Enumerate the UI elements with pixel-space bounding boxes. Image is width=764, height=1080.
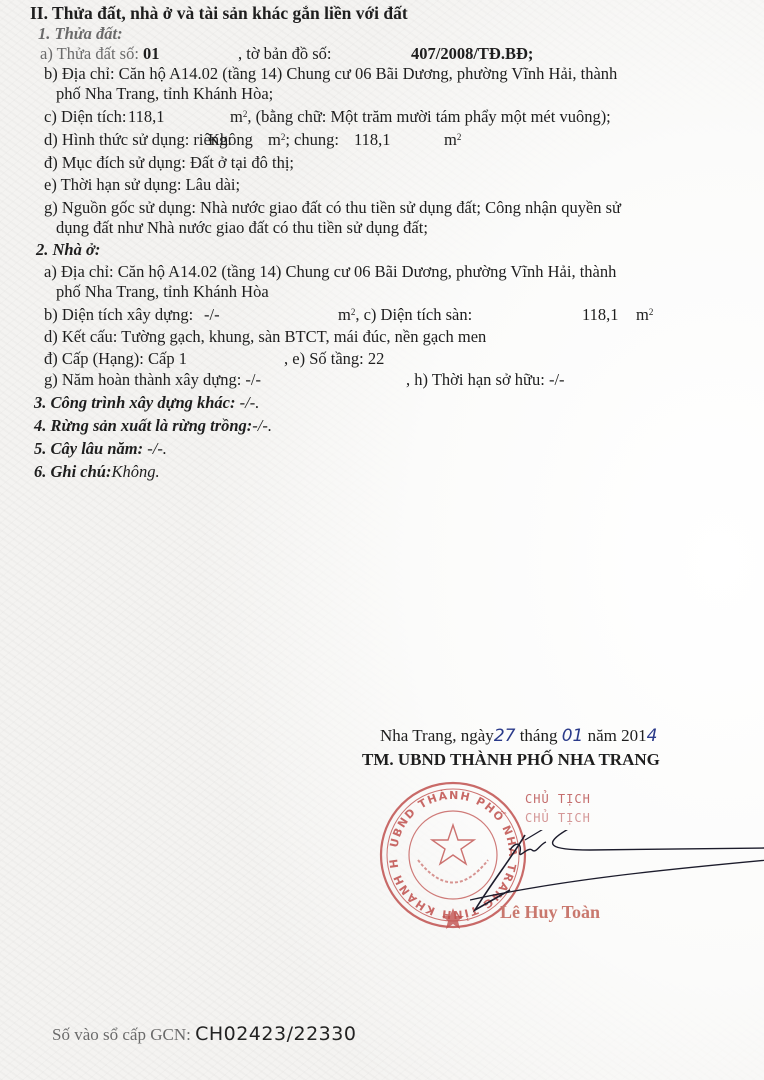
house-structure: d) Kết cấu: Tường gạch, khung, sàn BTCT,… <box>44 327 486 347</box>
floor-count: , e) Số tầng: 22 <box>284 349 384 369</box>
land-origin-line1: g) Nguồn gốc sử dụng: Nhà nước giao đất … <box>44 198 621 218</box>
other-construction-label: 3. Công trình xây dựng khác: <box>34 393 236 412</box>
month-label: tháng <box>520 726 558 745</box>
completion-year: g) Năm hoàn thành xây dựng: -/- <box>44 370 261 389</box>
shared-area-unit: m <box>444 130 457 149</box>
signer-name: Lê Huy Toàn <box>500 902 600 923</box>
house-address-line2: phố Nha Trang, tỉnh Khánh Hòa <box>56 282 269 302</box>
land-area-value: 118,1 <box>128 107 165 127</box>
private-area-value: Không <box>208 130 253 150</box>
land-address-line1: b) Địa chỉ: Căn hộ A14.02 (tầng 14) Chun… <box>44 64 617 84</box>
land-use-form-row: d) Hình thức sử dụng: riêng: Không m2; c… <box>44 130 232 150</box>
land-parcel-row: a) Thửa đất số: 01 , tờ bản đồ số: 407/2… <box>40 44 139 64</box>
issue-month: 01 <box>562 726 584 746</box>
ownership-duration: , h) Thời hạn sở hữu: -/- <box>406 370 565 390</box>
planted-forest-value: -/-. <box>252 416 272 435</box>
section-title: II. Thửa đất, nhà ở và tài sản khác gắn … <box>30 3 408 23</box>
house-heading: 2. Nhà ở: <box>36 240 100 260</box>
shared-area-label: ; chung: <box>285 130 339 149</box>
issuing-authority: TM. UBND THÀNH PHỐ NHA TRANG <box>362 750 660 770</box>
notes: 6. Ghi chú:Không. <box>34 462 160 482</box>
house-grade-row: đ) Cấp (Hạng): Cấp 1 , e) Số tầng: 22 <box>44 349 187 369</box>
title-chairman-stamp-2: CHỦ TỊCH <box>525 811 591 825</box>
map-sheet-value: 407/2008/TĐ.BĐ; <box>411 44 533 64</box>
building-area-value: -/- <box>204 305 220 325</box>
building-area-label: b) Diện tích xây dựng: <box>44 305 193 324</box>
land-duration: e) Thời hạn sử dụng: Lâu dài; <box>44 175 240 195</box>
title-chairman-stamp: CHỦ TỊCH <box>525 792 591 806</box>
land-origin-line2: dụng đất như Nhà nước giao đất có thu ti… <box>56 218 428 238</box>
other-construction-value: -/-. <box>236 393 260 412</box>
register-number-value: CH02423/22330 <box>195 1023 356 1045</box>
notes-value: Không. <box>111 462 159 481</box>
issue-year-last-digit: 4 <box>647 726 658 746</box>
parcel-number-label: a) Thửa đất số: <box>40 44 139 63</box>
house-address-line1: a) Địa chỉ: Căn hộ A14.02 (tầng 14) Chun… <box>44 262 616 282</box>
building-area-unit: m <box>338 305 351 324</box>
floor-area-unit: m <box>636 305 649 324</box>
notes-label: 6. Ghi chú: <box>34 462 111 481</box>
floor-area-value: 118,1 <box>582 305 619 325</box>
land-area-words: , (bằng chữ: Một trăm mười tám phẩy một … <box>247 107 610 126</box>
place-date: Nha Trang, ngày27 tháng 01 năm 2014 <box>380 726 657 746</box>
land-area-unit: m <box>230 107 243 126</box>
map-sheet-label: , tờ bản đồ số: <box>238 44 332 64</box>
land-certificate-page: II. Thửa đất, nhà ở và tài sản khác gắn … <box>0 0 764 1080</box>
private-area-unit: m <box>268 130 281 149</box>
perennial-trees: 5. Cây lâu năm: -/-. <box>34 439 167 459</box>
land-heading: 1. Thửa đất: <box>38 24 123 44</box>
place-date-prefix: Nha Trang, ngày <box>380 726 494 745</box>
planted-forest-label: 4. Rừng sản xuất là rừng trồng: <box>34 416 252 435</box>
land-address-line2: phố Nha Trang, tỉnh Khánh Hòa; <box>56 84 273 104</box>
register-number-label: Số vào sổ cấp GCN: <box>52 1025 191 1044</box>
other-construction: 3. Công trình xây dựng khác: -/-. <box>34 393 259 413</box>
use-form-label: d) Hình thức sử dụng: riêng: <box>44 130 232 149</box>
perennial-trees-label: 5. Cây lâu năm: <box>34 439 143 458</box>
perennial-trees-value: -/-. <box>143 439 167 458</box>
shared-area-value: 118,1 <box>354 130 391 150</box>
year-label: năm 201 <box>588 726 647 745</box>
issue-day: 27 <box>494 726 516 746</box>
planted-forest: 4. Rừng sản xuất là rừng trồng:-/-. <box>34 416 272 436</box>
floor-area-label: , c) Diện tích sàn: <box>355 305 472 324</box>
certificate-register-row: Số vào sổ cấp GCN: CH02423/22330 <box>52 1024 356 1045</box>
land-purpose: đ) Mục đích sử dụng: Đất ở tại đô thị; <box>44 153 294 173</box>
house-completion-row: g) Năm hoàn thành xây dựng: -/- , h) Thờ… <box>44 370 261 390</box>
land-area-label: c) Diện tích: <box>44 107 126 126</box>
house-area-row: b) Diện tích xây dựng: -/- m2, c) Diện t… <box>44 305 193 325</box>
land-area-row: c) Diện tích: 118,1 m2, (bằng chữ: Một t… <box>44 107 126 127</box>
house-grade: đ) Cấp (Hạng): Cấp 1 <box>44 349 187 368</box>
parcel-number-value: 01 <box>143 44 160 64</box>
